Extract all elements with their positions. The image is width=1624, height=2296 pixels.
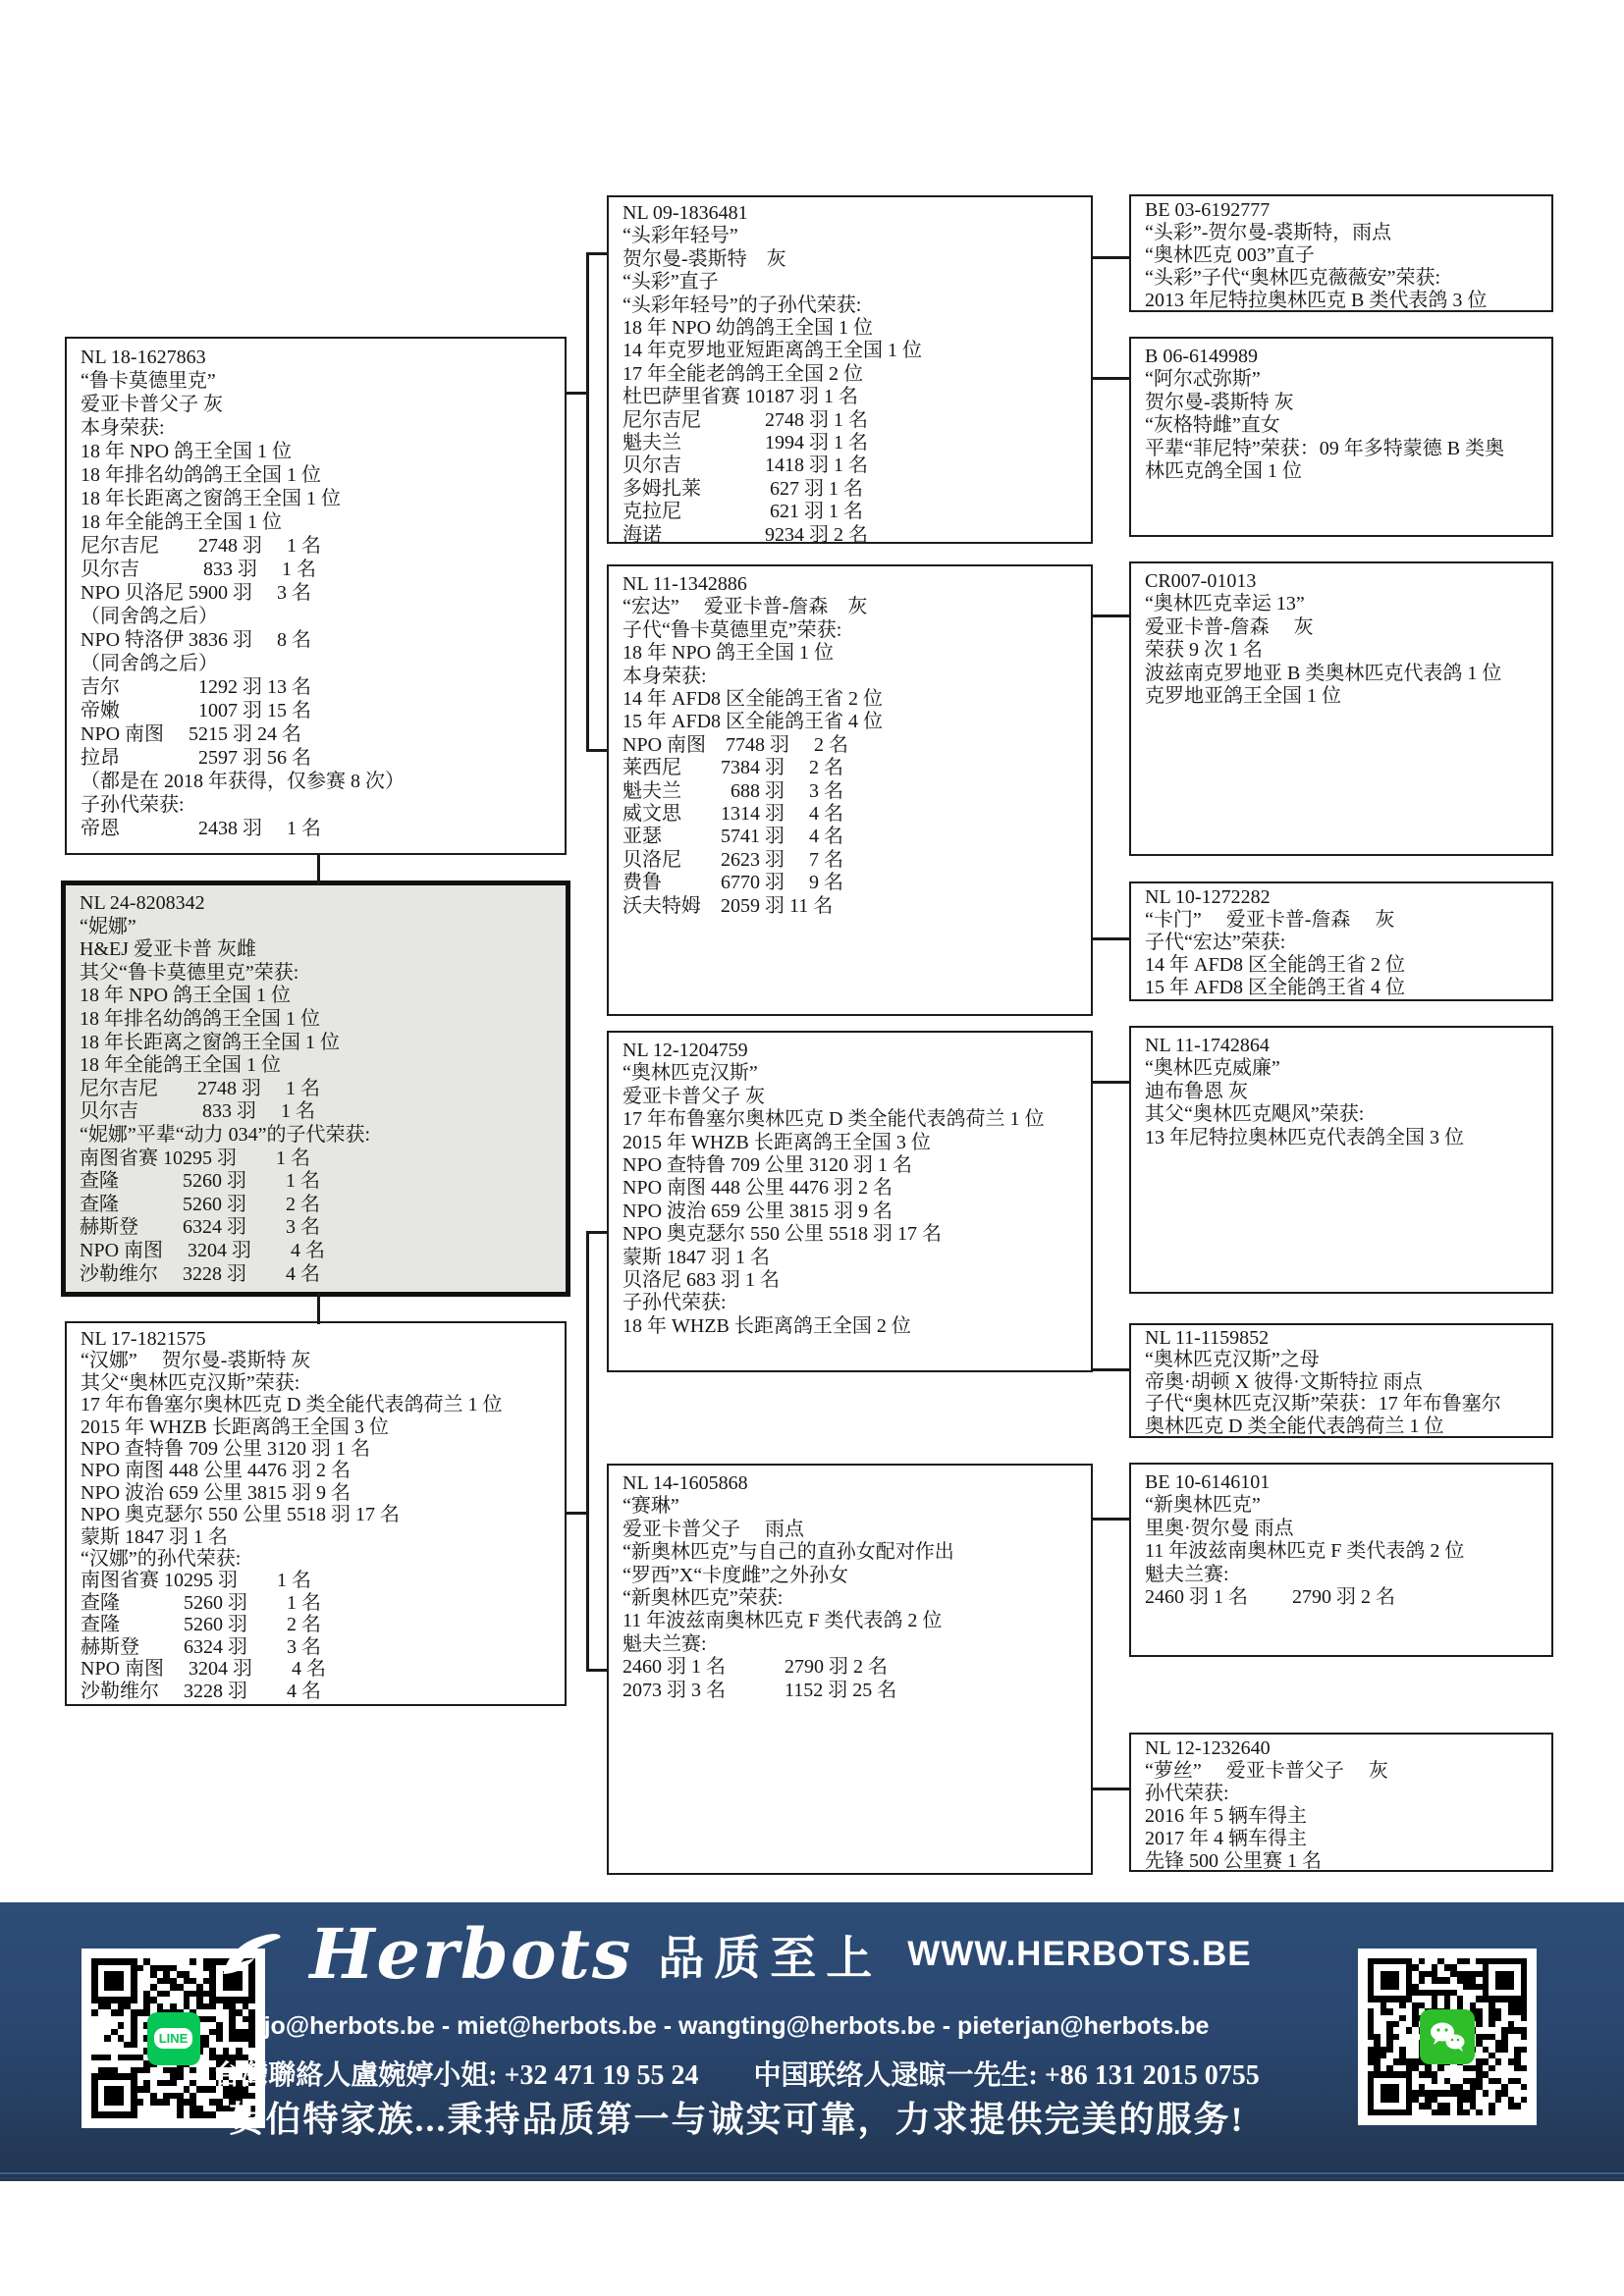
pedigree-text-line: NL 12-1204759: [623, 1040, 1079, 1062]
pedigree-text-line: 本身荣获:: [81, 416, 553, 440]
pedigree-text-line: “罗西”X“卡度雌”之外孙女: [623, 1565, 1079, 1587]
connector-line: [1091, 614, 1131, 617]
pedigree-text-line: NPO 奥克瑟尔 550 公里 5518 羽 17 名: [81, 1504, 553, 1525]
pedigree-text-line: 爱亚卡普父子 灰: [81, 393, 553, 416]
pedigree-text-line: “汉娜” 贺尔曼-裘斯特 灰: [81, 1350, 553, 1371]
pedigree-text-line: 18 年 NPO 鸽王全国 1 位: [81, 440, 553, 463]
wechat-icon: [1420, 2009, 1475, 2064]
pedigree-text-line: “新奥林匹克”荣获:: [623, 1587, 1079, 1610]
pedigree-text-line: 荣获 9 次 1 名: [1145, 639, 1540, 662]
pedigree-text-line: 魁夫兰 688 羽 3 名: [623, 780, 1079, 803]
pedigree-text-line: 子代“鲁卡莫德里克”荣获:: [623, 619, 1079, 642]
pedigree-text-line: 尼尔吉尼 2748 羽 1 名: [623, 409, 1079, 432]
pedigree-text-line: NL 12-1232640: [1145, 1737, 1540, 1760]
pedigree-text-line: 贝洛尼 2623 羽 7 名: [623, 849, 1079, 872]
connector-line: [586, 1231, 589, 1672]
pedigree-text-line: 沙勒维尔 3228 羽 4 名: [80, 1263, 554, 1287]
pedigree-text-line: 2015 年 WHZB 长距离鸽王全国 3 位: [81, 1416, 553, 1438]
pedigree-text-line: 子代“奥林匹克汉斯”荣获：17 年布鲁塞尔: [1145, 1393, 1540, 1415]
pedigree-text-line: 11 年波兹南奥林匹克 F 类代表鸽 2 位: [623, 1610, 1079, 1632]
pedigree-text-line: 11 年波兹南奥林匹克 F 类代表鸽 2 位: [1145, 1540, 1540, 1563]
brand-logo-text: Herbots: [309, 1920, 632, 1989]
connector-line: [1091, 1518, 1131, 1521]
pedigree-text-line: “奥林匹克威廉”: [1145, 1057, 1540, 1080]
pedigree-text-line: CR007-01013: [1145, 570, 1540, 593]
connector-line: [586, 749, 609, 752]
pedigree-text-line: 18 年长距离之窗鸽王全国 1 位: [80, 1032, 554, 1055]
pedigree-text-line: 帝奥·胡顿 X 彼得·文斯特拉 雨点: [1145, 1371, 1540, 1393]
pedigree-text-line: 魁夫兰 1994 羽 1 名: [623, 432, 1079, 454]
connector-line: [586, 252, 589, 752]
connector-line: [586, 252, 609, 255]
connector-line: [1091, 1368, 1131, 1371]
pedigree-text-line: NPO 特洛伊 3836 羽 8 名: [81, 628, 553, 652]
pedigree-text-line: 子孙代荣获:: [81, 793, 553, 817]
pedigree-text-line: “奥林匹克汉斯”之母: [1145, 1349, 1540, 1370]
pedigree-text-line: “新奥林匹克”: [1145, 1494, 1540, 1517]
pedigree-box-ggparent-6: NL 11-1159852“奥林匹克汉斯”之母帝奥·胡顿 X 彼得·文斯特拉 雨…: [1129, 1323, 1553, 1438]
pedigree-text-line: “妮娜”平辈“动力 034”的子代荣获:: [80, 1124, 554, 1148]
pedigree-text-line: 爱亚卡普父子 雨点: [623, 1519, 1079, 1541]
pedigree-text-line: 南图省赛 10295 羽 1 名: [81, 1570, 553, 1591]
pedigree-box-ggparent-2: B 06-6149989“阿尔忒弥斯”贺尔曼-裘斯特 灰“灰格特雌”直女平辈“菲…: [1129, 337, 1553, 537]
pedigree-box-ggparent-8: NL 12-1232640“萝丝” 爱亚卡普父子 灰孙代荣获:2016 年 5 …: [1129, 1733, 1553, 1872]
pedigree-text-line: NPO 南图 5215 羽 24 名: [81, 722, 553, 746]
pedigree-text-line: 18 年排名幼鸽鸽王全国 1 位: [81, 463, 553, 487]
connector-line: [586, 1669, 609, 1672]
pedigree-text-line: 吉尔 1292 羽 13 名: [81, 675, 553, 699]
pedigree-text-line: “头彩年轻号”: [623, 225, 1079, 247]
pedigree-text-line: NPO 南图 7748 羽 2 名: [623, 734, 1079, 757]
connector-line: [1091, 1081, 1131, 1084]
pedigree-text-line: “赛琳”: [623, 1495, 1079, 1518]
pedigree-text-line: 2460 羽 1 名 2790 羽 2 名: [623, 1656, 1079, 1679]
pedigree-text-line: 本身荣获:: [623, 666, 1079, 688]
pedigree-text-line: 查隆 5260 羽 2 名: [81, 1614, 553, 1635]
pedigree-page: NL 18-1627863“鲁卡莫德里克”爱亚卡普父子 灰本身荣获:18 年 N…: [0, 0, 1624, 2296]
pedigree-text-line: （同舍鸽之后）: [81, 605, 553, 628]
pedigree-text-line: 17 年布鲁塞尔奥林匹克 D 类全能代表鸽荷兰 1 位: [623, 1108, 1079, 1131]
pedigree-text-line: 2073 羽 3 名 1152 羽 25 名: [623, 1680, 1079, 1702]
pedigree-text-line: NL 14-1605868: [623, 1472, 1079, 1495]
footer-slogan: 贺伯特家族...秉持品质第一与诚实可靠，力求提供完美的服务!: [229, 2092, 1245, 2142]
pedigree-text-line: 林匹克鸽全国 1 位: [1145, 460, 1540, 483]
brand-tagline-cn: 品质至上: [658, 1922, 882, 1988]
pedigree-text-line: BE 03-6192777: [1145, 199, 1540, 222]
feather-icon: [221, 1933, 284, 1976]
pedigree-text-line: 14 年克罗地亚短距离鸽王全国 1 位: [623, 340, 1079, 362]
website-url: WWW.HERBOTS.BE: [907, 1935, 1251, 1974]
pedigree-text-line: NPO 南图 448 公里 4476 羽 2 名: [81, 1460, 553, 1481]
brand-row: Herbots 品质至上 WWW.HERBOTS.BE: [221, 1920, 1251, 1989]
pedigree-text-line: 查隆 5260 羽 1 名: [80, 1170, 554, 1194]
pedigree-text-line: 其父“奥林匹克汉斯”荣获:: [81, 1372, 553, 1394]
pedigree-text-line: 子代“宏达”荣获:: [1145, 932, 1540, 954]
pedigree-text-line: “卡门” 爱亚卡普-詹森 灰: [1145, 909, 1540, 932]
pedigree-text-line: 沃夫特姆 2059 羽 11 名: [623, 895, 1079, 918]
pedigree-text-line: 14 年 AFD8 区全能鸽王省 2 位: [1145, 954, 1540, 977]
pedigree-box-subject: NL 24-8208342“妮娜”H&EJ 爱亚卡普 灰雌其父“鲁卡莫德里克”荣…: [61, 881, 570, 1297]
pedigree-text-line: “鲁卡莫德里克”: [81, 369, 553, 393]
line-app-icon: LINE: [147, 2012, 200, 2065]
pedigree-text-line: 里奥·贺尔曼 雨点: [1145, 1518, 1540, 1540]
pedigree-text-line: 帝恩 2438 羽 1 名: [81, 817, 553, 840]
pedigree-text-line: H&EJ 爱亚卡普 灰雌: [80, 938, 554, 962]
pedigree-text-line: NL 18-1627863: [81, 346, 553, 369]
pedigree-text-line: 18 年排名幼鸽鸽王全国 1 位: [80, 1008, 554, 1032]
wechat-qr-code: [1358, 1949, 1537, 2125]
pedigree-text-line: 迪布鲁恩 灰: [1145, 1081, 1540, 1103]
pedigree-text-line: “妮娜”: [80, 916, 554, 939]
pedigree-text-line: “头彩年轻号”的子孙代荣获:: [623, 294, 1079, 317]
connector-line: [1091, 937, 1131, 940]
pedigree-text-line: 查隆 5260 羽 2 名: [80, 1194, 554, 1217]
pedigree-text-line: 贝尔吉 833 羽 1 名: [80, 1100, 554, 1124]
pedigree-text-line: 18 年全能鸽王全国 1 位: [80, 1054, 554, 1078]
pedigree-text-line: NL 10-1272282: [1145, 886, 1540, 909]
pedigree-box-dam: NL 17-1821575“汉娜” 贺尔曼-裘斯特 灰其父“奥林匹克汉斯”荣获:…: [65, 1321, 567, 1706]
pedigree-box-ggparent-4: NL 10-1272282“卡门” 爱亚卡普-詹森 灰子代“宏达”荣获:14 年…: [1129, 881, 1553, 1001]
pedigree-text-line: “阿尔忒弥斯”: [1145, 368, 1540, 391]
pedigree-text-line: NPO 查特鲁 709 公里 3120 羽 1 名: [623, 1154, 1079, 1177]
pedigree-text-line: 贝尔吉 1418 羽 1 名: [623, 454, 1079, 477]
pedigree-text-line: NPO 波治 659 公里 3815 羽 9 名: [81, 1482, 553, 1504]
pedigree-text-line: NPO 南图 3204 羽 4 名: [80, 1240, 554, 1263]
pedigree-box-ggparent-1: BE 03-6192777“头彩”-贺尔曼-裘斯特，雨点“奥林匹克 003”直子…: [1129, 194, 1553, 312]
pedigree-text-line: 南图省赛 10295 羽 1 名: [80, 1148, 554, 1171]
pedigree-text-line: 2017 年 4 辆车得主: [1145, 1828, 1540, 1850]
pedigree-text-line: 2460 羽 1 名 2790 羽 2 名: [1145, 1586, 1540, 1609]
pedigree-text-line: 孙代荣获:: [1145, 1783, 1540, 1805]
pedigree-box-sire: NL 18-1627863“鲁卡莫德里克”爱亚卡普父子 灰本身荣获:18 年 N…: [65, 337, 567, 855]
pedigree-text-line: NPO 贝洛尼 5900 羽 3 名: [81, 581, 553, 605]
pedigree-text-line: “头彩”直子: [623, 271, 1079, 294]
contact-phones: 台灣聯絡人盧婉婷小姐: +32 471 19 55 24 中国联络人逯晾一先生:…: [213, 2054, 1260, 2093]
connector-line: [317, 1293, 320, 1324]
line-icon-label: LINE: [154, 2028, 193, 2049]
pedigree-text-line: “萝丝” 爱亚卡普父子 灰: [1145, 1760, 1540, 1783]
pedigree-text-line: NL 17-1821575: [81, 1328, 553, 1350]
pedigree-text-line: 15 年 AFD8 区全能鸽王省 4 位: [1145, 977, 1540, 999]
pedigree-text-line: 克罗地亚鸽王全国 1 位: [1145, 685, 1540, 708]
pedigree-text-line: NL 11-1742864: [1145, 1035, 1540, 1057]
pedigree-text-line: 拉昂 2597 羽 56 名: [81, 746, 553, 770]
footer-accent-stripe: [0, 2172, 1624, 2174]
pedigree-box-grandsire-maternal: NL 12-1204759“奥林匹克汉斯”爱亚卡普父子 灰17 年布鲁塞尔奥林匹…: [607, 1031, 1093, 1372]
pedigree-text-line: NPO 查特鲁 709 公里 3120 羽 1 名: [81, 1438, 553, 1460]
pedigree-text-line: 17 年布鲁塞尔奥林匹克 D 类全能代表鸽荷兰 1 位: [81, 1394, 553, 1415]
pedigree-text-line: 18 年 NPO 鸽王全国 1 位: [80, 985, 554, 1008]
pedigree-text-line: “奥林匹克汉斯”: [623, 1062, 1079, 1085]
pedigree-text-line: “灰格特雌”直女: [1145, 414, 1540, 437]
pedigree-text-line: 帝嫩 1007 羽 15 名: [81, 699, 553, 722]
pedigree-text-line: 亚瑟 5741 羽 4 名: [623, 826, 1079, 848]
contact-emails: jo@herbots.be - miet@herbots.be - wangti…: [264, 2012, 1210, 2041]
pedigree-text-line: （同舍鸽之后）: [81, 652, 553, 675]
pedigree-text-line: 18 年长距离之窗鸽王全国 1 位: [81, 487, 553, 510]
pedigree-text-line: 18 年全能鸽王全国 1 位: [81, 510, 553, 534]
pedigree-text-line: 沙勒维尔 3228 羽 4 名: [81, 1681, 553, 1702]
pedigree-text-line: 贝洛尼 683 羽 1 名: [623, 1269, 1079, 1292]
pedigree-box-granddam-paternal: NL 11-1342886“宏达” 爱亚卡普-詹森 灰子代“鲁卡莫德里克”荣获:…: [607, 564, 1093, 1016]
pedigree-text-line: 18 年 WHZB 长距离鸽王全国 2 位: [623, 1315, 1079, 1338]
pedigree-text-line: “奥林匹克幸运 13”: [1145, 593, 1540, 615]
pedigree-text-line: 其父“鲁卡莫德里克”荣获:: [80, 962, 554, 986]
pedigree-text-line: 贝尔吉 833 羽 1 名: [81, 558, 553, 581]
pedigree-text-line: 贺尔曼-裘斯特 灰: [623, 248, 1079, 271]
pedigree-text-line: NPO 波治 659 公里 3815 羽 9 名: [623, 1201, 1079, 1223]
pedigree-text-line: 13 年尼特拉奥林匹克代表鸽全国 3 位: [1145, 1127, 1540, 1149]
pedigree-text-line: （都是在 2018 年获得，仅参赛 8 次）: [81, 770, 553, 793]
pedigree-text-line: “宏达” 爱亚卡普-詹森 灰: [623, 596, 1079, 618]
pedigree-text-line: 威文思 1314 羽 4 名: [623, 803, 1079, 826]
pedigree-text-line: 尼尔吉尼 2748 羽 1 名: [81, 534, 553, 558]
pedigree-text-line: 奥林匹克 D 类全能代表鸽荷兰 1 位: [1145, 1415, 1540, 1437]
pedigree-text-line: 查隆 5260 羽 1 名: [81, 1592, 553, 1614]
wechat-bubbles-glyph: [1426, 2015, 1469, 2058]
pedigree-text-line: 莱西尼 7384 羽 2 名: [623, 757, 1079, 779]
pedigree-text-line: 爱亚卡普-詹森 灰: [1145, 616, 1540, 639]
connector-line: [1091, 256, 1131, 259]
connector-line: [586, 1231, 609, 1234]
pedigree-text-line: 赫斯登 6324 羽 3 名: [80, 1216, 554, 1240]
connector-line: [1091, 1788, 1131, 1790]
pedigree-text-line: 18 年 NPO 幼鸽鸽王全国 1 位: [623, 317, 1079, 340]
pedigree-text-line: NPO 南图 3204 羽 4 名: [81, 1658, 553, 1680]
pedigree-box-ggparent-3: CR007-01013“奥林匹克幸运 13”爱亚卡普-詹森 灰荣获 9 次 1 …: [1129, 561, 1553, 856]
pedigree-text-line: 波兹南克罗地亚 B 类奥林匹克代表鸽 1 位: [1145, 663, 1540, 685]
pedigree-text-line: 爱亚卡普父子 灰: [623, 1086, 1079, 1108]
pedigree-text-line: 魁夫兰赛:: [623, 1633, 1079, 1656]
pedigree-text-line: 15 年 AFD8 区全能鸽王省 4 位: [623, 711, 1079, 733]
pedigree-text-line: “奥林匹克 003”直子: [1145, 244, 1540, 267]
pedigree-text-line: 克拉尼 621 羽 1 名: [623, 501, 1079, 523]
pedigree-box-grandsire-paternal: NL 09-1836481“头彩年轻号”贺尔曼-裘斯特 灰“头彩”直子“头彩年轻…: [607, 195, 1093, 544]
pedigree-text-line: B 06-6149989: [1145, 346, 1540, 368]
connector-line: [317, 853, 320, 884]
pedigree-text-line: “头彩”-贺尔曼-裘斯特，雨点: [1145, 222, 1540, 244]
pedigree-text-line: 蒙斯 1847 羽 1 名: [81, 1526, 553, 1548]
pedigree-text-line: 蒙斯 1847 羽 1 名: [623, 1247, 1079, 1269]
connector-line: [1091, 377, 1131, 380]
pedigree-text-line: 17 年全能老鸽鸽王全国 2 位: [623, 363, 1079, 386]
pedigree-text-line: 赫斯登 6324 羽 3 名: [81, 1636, 553, 1658]
pedigree-box-ggparent-5: NL 11-1742864“奥林匹克威廉”迪布鲁恩 灰其父“奥林匹克飓风”荣获:…: [1129, 1026, 1553, 1294]
pedigree-text-line: 2015 年 WHZB 长距离鸽王全国 3 位: [623, 1132, 1079, 1154]
pedigree-text-line: “汉娜”的孙代荣获:: [81, 1548, 553, 1570]
pedigree-text-line: 贺尔曼-裘斯特 灰: [1145, 392, 1540, 414]
pedigree-text-line: NPO 奥克瑟尔 550 公里 5518 羽 17 名: [623, 1223, 1079, 1246]
pedigree-text-line: 尼尔吉尼 2748 羽 1 名: [80, 1078, 554, 1101]
pedigree-text-line: NL 11-1159852: [1145, 1327, 1540, 1349]
pedigree-box-granddam-maternal: NL 14-1605868“赛琳”爱亚卡普父子 雨点“新奥林匹克”与自己的直孙女…: [607, 1464, 1093, 1875]
pedigree-text-line: 平辈“菲尼特”荣获：09 年多特蒙德 B 类奥: [1145, 438, 1540, 460]
pedigree-text-line: 杜巴萨里省赛 10187 羽 1 名: [623, 386, 1079, 408]
pedigree-text-line: 2013 年尼特拉奥林匹克 B 类代表鸽 3 位: [1145, 290, 1540, 312]
pedigree-text-line: 魁夫兰赛:: [1145, 1564, 1540, 1586]
pedigree-text-line: NPO 南图 448 公里 4476 羽 2 名: [623, 1177, 1079, 1200]
pedigree-text-line: 费鲁 6770 羽 9 名: [623, 872, 1079, 894]
footer-accent-stripe: [0, 2177, 1624, 2179]
pedigree-text-line: NL 09-1836481: [623, 202, 1079, 225]
pedigree-text-line: 其父“奥林匹克飓风”荣获:: [1145, 1103, 1540, 1126]
pedigree-text-line: 18 年 NPO 鸽王全国 1 位: [623, 642, 1079, 665]
pedigree-text-line: NL 11-1342886: [623, 573, 1079, 596]
pedigree-text-line: 子孙代荣获:: [623, 1292, 1079, 1314]
pedigree-text-line: 2016 年 5 辆车得主: [1145, 1805, 1540, 1828]
pedigree-box-ggparent-7: BE 10-6146101“新奥林匹克”里奥·贺尔曼 雨点11 年波兹南奥林匹克…: [1129, 1463, 1553, 1657]
pedigree-text-line: BE 10-6146101: [1145, 1471, 1540, 1494]
pedigree-text-line: NL 24-8208342: [80, 892, 554, 916]
pedigree-text-line: 海诺 9234 羽 2 名: [623, 524, 1079, 547]
pedigree-text-line: “头彩”子代“奥林匹克薇薇安”荣获:: [1145, 267, 1540, 290]
pedigree-text-line: 先锋 500 公里赛 1 名: [1145, 1850, 1540, 1873]
pedigree-text-line: 多姆扎莱 627 羽 1 名: [623, 478, 1079, 501]
pedigree-text-line: 14 年 AFD8 区全能鸽王省 2 位: [623, 688, 1079, 711]
pedigree-text-line: “新奥林匹克”与自己的直孙女配对作出: [623, 1541, 1079, 1564]
